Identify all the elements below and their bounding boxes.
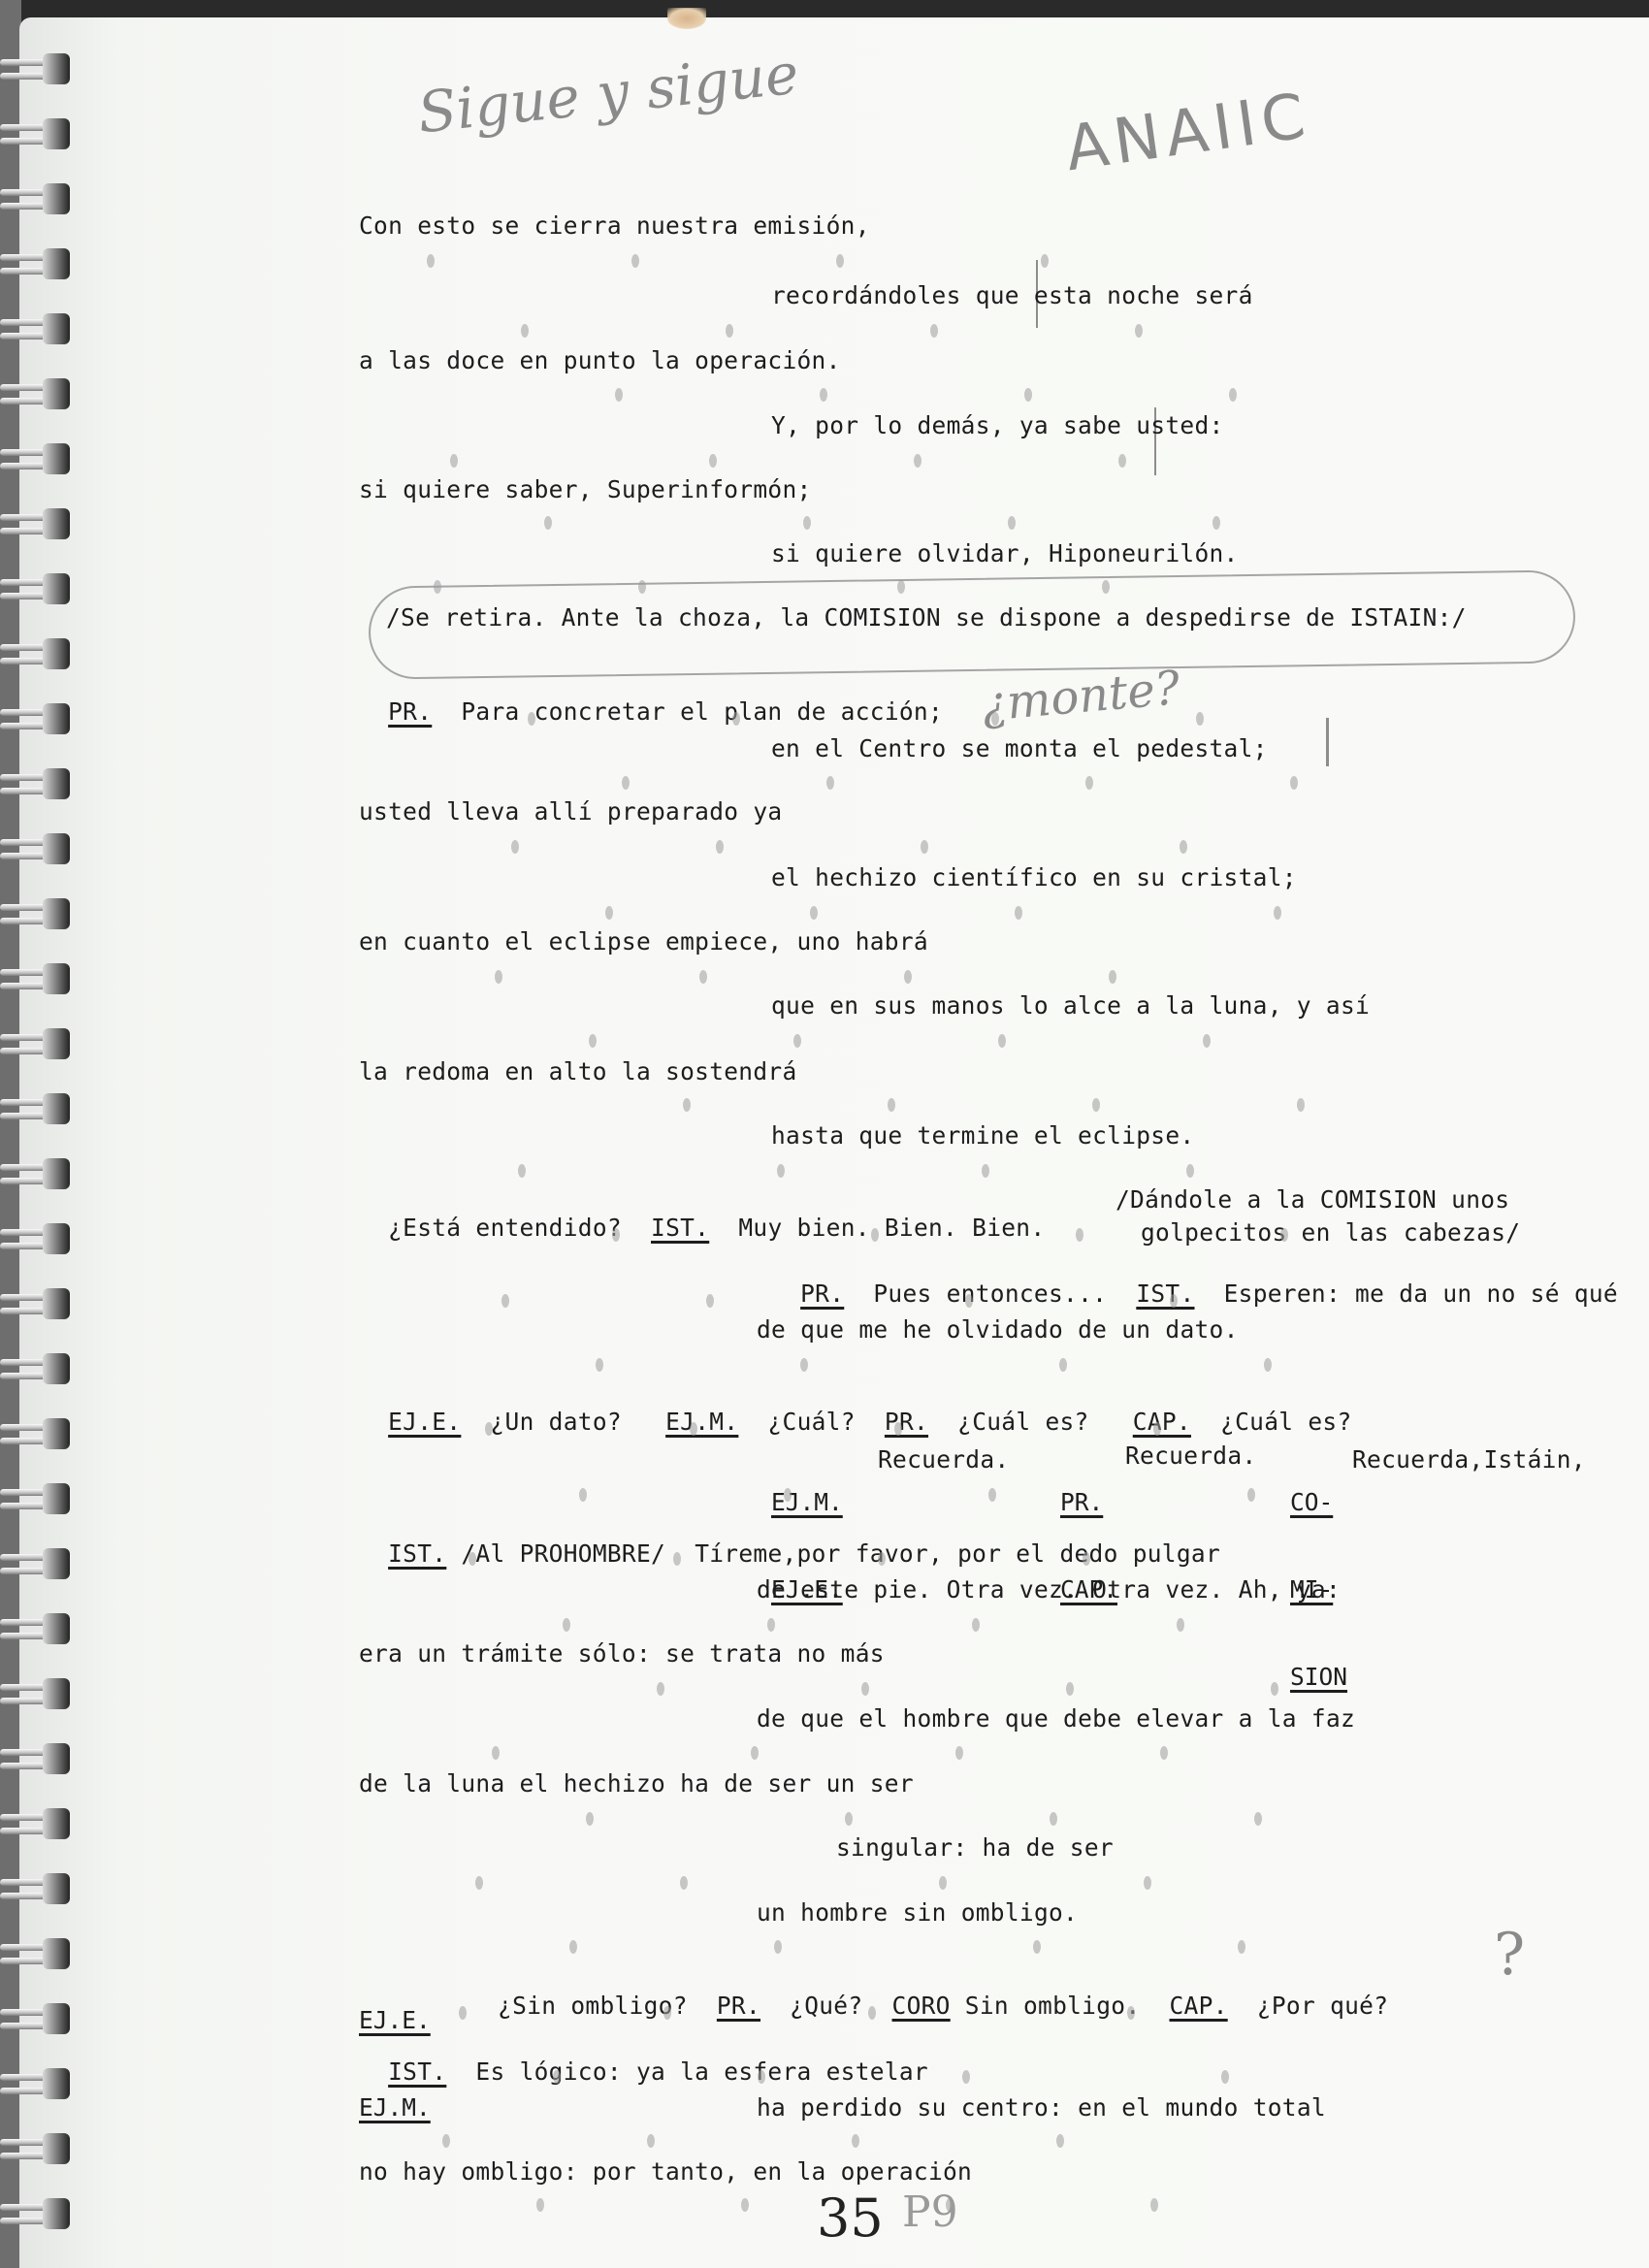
- smudge-mark: [836, 254, 844, 268]
- script-line: recordándoles que esta noche será: [771, 281, 1253, 309]
- smudge-mark: [631, 254, 639, 268]
- smudge-mark: [1135, 324, 1143, 338]
- smudge-mark: [726, 324, 733, 338]
- smudge-mark: [442, 2134, 450, 2148]
- smudge-mark: [528, 712, 535, 726]
- spiral-ring: [0, 1743, 70, 1774]
- spiral-ring: [0, 1353, 70, 1384]
- spiral-ring: [0, 508, 70, 539]
- smudge-mark: [427, 254, 435, 268]
- smudge-mark: [709, 454, 717, 468]
- smudge-mark: [622, 776, 630, 790]
- dialogue-text: ¿Por qué?: [1257, 1992, 1388, 2020]
- spiral-ring: [0, 1028, 70, 1059]
- smudge-mark: [732, 712, 740, 726]
- script-line: de la luna el hechizo ha de ser un ser: [359, 1769, 914, 1798]
- smudge-mark: [774, 1940, 782, 1954]
- smudge-mark: [589, 1034, 597, 1048]
- smudge-mark: [647, 2134, 655, 2148]
- spiral-ring: [0, 963, 70, 994]
- smudge-mark: [459, 2006, 467, 2020]
- smudge-mark: [897, 580, 905, 594]
- coffee-stain: [667, 8, 706, 29]
- smudge-mark: [914, 454, 921, 468]
- smudge-mark: [544, 516, 552, 530]
- pencil-mark: [1326, 718, 1329, 766]
- script-line: no hay ombligo: por tanto, en la operaci…: [359, 2157, 972, 2186]
- smudge-mark: [955, 1746, 963, 1760]
- smudge-mark: [965, 1294, 973, 1308]
- smudge-mark: [921, 840, 928, 854]
- smudge-mark: [758, 2070, 765, 2084]
- smudge-mark: [1150, 2198, 1158, 2212]
- smudge-mark: [1180, 840, 1187, 854]
- spiral-ring: [0, 2003, 70, 2034]
- stage-direction: /Dándole a la COMISION unos: [1115, 1185, 1509, 1214]
- smudge-mark: [434, 580, 441, 594]
- script-line: si quiere saber, Superinformón;: [359, 475, 812, 503]
- speaker-tag: EJ.E.: [388, 1408, 461, 1436]
- script-line: EJ.E. ¿Un dato? EJ.M. ¿Cuál? PR. ¿Cuál e…: [359, 1379, 1352, 1436]
- script-line: la redoma en alto la sostendrá: [359, 1057, 797, 1085]
- smudge-mark: [871, 1228, 879, 1242]
- smudge-mark: [553, 2070, 561, 2084]
- handwritten-bottom-mark: P9: [902, 2187, 958, 2237]
- spiral-ring: [0, 2133, 70, 2164]
- smudge-mark: [1144, 1876, 1151, 1890]
- smudge-mark: [1274, 906, 1281, 920]
- smudge-mark: [706, 1294, 714, 1308]
- spiral-ring: [0, 1938, 70, 1969]
- smudge-mark: [1041, 254, 1049, 268]
- spiral-ring: [0, 573, 70, 604]
- spiral-ring: [0, 1613, 70, 1644]
- smudge-mark: [612, 1228, 620, 1242]
- smudge-mark: [605, 906, 613, 920]
- spiral-ring: [0, 1223, 70, 1254]
- smudge-mark: [1160, 1746, 1168, 1760]
- speaker-tag: PR.: [717, 1992, 760, 2020]
- speaker-tag: EJ.M.: [359, 2093, 431, 2122]
- smudge-mark: [579, 1488, 587, 1502]
- spiral-ring: [0, 2068, 70, 2099]
- smudge-mark: [845, 1812, 853, 1826]
- smudge-mark: [946, 2198, 954, 2212]
- smudge-mark: [511, 840, 519, 854]
- smudge-mark: [982, 1164, 989, 1178]
- smudge-mark: [680, 1876, 688, 1890]
- spiral-ring: [0, 1288, 70, 1319]
- script-line: ¿Sin ombligo? PR. ¿Qué? CORO Sin ombligo…: [469, 1963, 1388, 2020]
- smudge-mark: [894, 1422, 902, 1436]
- speaker-tag: CAP.: [1170, 1992, 1228, 2020]
- smudge-mark: [1297, 1098, 1305, 1112]
- spiral-ring: [0, 1548, 70, 1579]
- smudge-mark: [563, 1618, 570, 1632]
- dialogue-text: Recuerda.: [1125, 1442, 1256, 1470]
- spiral-ring: [0, 378, 70, 409]
- spiral-ring: [0, 248, 70, 279]
- script-line: en el Centro se monta el pedestal;: [771, 734, 1268, 762]
- speaker-tag: PR.: [800, 1280, 844, 1308]
- smudge-mark: [495, 970, 502, 984]
- speaker-tag: IST.: [388, 1539, 446, 1568]
- smudge-mark: [586, 1812, 594, 1826]
- smudge-mark: [751, 1746, 759, 1760]
- smudge-mark: [1085, 776, 1093, 790]
- smudge-mark: [904, 970, 912, 984]
- speaker-tag: CAP.: [1133, 1408, 1191, 1436]
- script-line: de este pie. Otra vez. Otra vez. Ah, ya:: [757, 1575, 1341, 1604]
- smudge-mark: [673, 1552, 681, 1566]
- dialogue-text: ¿Un dato?: [490, 1408, 621, 1436]
- spiral-ring: [0, 183, 70, 214]
- dialogue-text: Recuerda,Istáin,: [1352, 1445, 1586, 1474]
- smudge-mark: [998, 1034, 1006, 1048]
- script-line: hasta que termine el eclipse.: [771, 1121, 1194, 1150]
- smudge-mark: [1015, 906, 1022, 920]
- spiral-ring: [0, 898, 70, 929]
- smudge-mark: [1024, 388, 1032, 402]
- spiral-ring: [0, 1808, 70, 1839]
- speaker-tag: CO-: [1290, 1488, 1347, 1517]
- smudge-mark: [1050, 1812, 1057, 1826]
- smudge-mark: [536, 2198, 544, 2212]
- smudge-mark: [826, 776, 834, 790]
- smudge-mark: [569, 1940, 577, 1954]
- smudge-mark: [777, 1164, 785, 1178]
- smudge-mark: [784, 1488, 792, 1502]
- dialogue-text: ¿Qué?: [790, 1992, 862, 2020]
- smudge-mark: [518, 1164, 526, 1178]
- spiral-ring: [0, 1678, 70, 1709]
- smudge-mark: [615, 388, 623, 402]
- smudge-mark: [1203, 1034, 1211, 1048]
- spiral-ring: [0, 1483, 70, 1514]
- smudge-mark: [485, 1422, 493, 1436]
- stage-direction: /Al PROHOMBRE/: [461, 1539, 665, 1568]
- smudge-mark: [501, 1294, 509, 1308]
- smudge-mark: [1092, 1098, 1100, 1112]
- smudge-mark: [1127, 2006, 1135, 2020]
- smudge-mark: [888, 1098, 895, 1112]
- speaker-tag: IST.: [1136, 1280, 1194, 1308]
- script-line: ¿Está entendido? IST. Muy bien. Bien. Bi…: [359, 1185, 1045, 1242]
- smudge-mark: [1271, 1682, 1278, 1696]
- smudge-mark: [638, 580, 646, 594]
- smudge-mark: [1264, 1358, 1272, 1372]
- script-line: PR. Para concretar el plan de acción;: [359, 669, 943, 726]
- smudge-mark: [1229, 388, 1237, 402]
- smudge-mark: [450, 454, 458, 468]
- smudge-mark: [741, 2198, 749, 2212]
- script-line: Y, por lo demás, ya sabe usted:: [771, 411, 1224, 439]
- stage-direction: golpecitos en las cabezas/: [1141, 1218, 1520, 1247]
- smudge-mark: [596, 1358, 603, 1372]
- spiral-ring: [0, 53, 70, 84]
- script-line: si quiere olvidar, Hiponeurilón.: [771, 539, 1239, 567]
- script-line: de que el hombre que debe elevar a la fa…: [757, 1704, 1355, 1733]
- script-line: que en sus manos lo alce a la luna, y as…: [771, 991, 1370, 1020]
- smudge-mark: [657, 1682, 664, 1696]
- spiral-ring: [0, 1158, 70, 1189]
- script-line: un hombre sin ombligo.: [757, 1898, 1078, 1927]
- speaker-tag: EJ.M.: [665, 1408, 738, 1436]
- smudge-mark: [991, 712, 999, 726]
- dialogue-text: Es lógico: ya la esfera estelar: [475, 2057, 928, 2086]
- smudge-mark: [716, 840, 724, 854]
- smudge-mark: [930, 324, 938, 338]
- smudge-mark: [1153, 1422, 1161, 1436]
- smudge-mark: [475, 1876, 483, 1890]
- smudge-mark: [1238, 1940, 1245, 1954]
- script-line: singular: ha de ser: [836, 1833, 1114, 1862]
- smudge-mark: [820, 388, 827, 402]
- smudge-mark: [469, 1552, 476, 1566]
- smudge-mark: [1212, 516, 1220, 530]
- script-line: el hechizo científico en su cristal;: [771, 863, 1297, 891]
- speaker-tag: CORO: [892, 1992, 951, 2020]
- smudge-mark: [1059, 1358, 1067, 1372]
- script-line: de que me he olvidado de un dato.: [757, 1315, 1239, 1344]
- smudge-mark: [492, 1746, 500, 1760]
- smudge-mark: [699, 970, 707, 984]
- handwritten-question-mark: ?: [1494, 1921, 1525, 1989]
- smudge-mark: [1033, 1940, 1041, 1954]
- script-line: era un trámite sólo: se trata no más: [359, 1639, 885, 1668]
- dialogue-text: Tíreme,por favor, por el dedo pulgar: [695, 1539, 1220, 1568]
- dialogue-text: Muy bien. Bien. Bien.: [738, 1214, 1045, 1242]
- smudge-mark: [962, 2070, 970, 2084]
- spiral-ring: [0, 1418, 70, 1449]
- spiral-ring: [0, 118, 70, 149]
- dialogue-text: Recuerda.: [878, 1445, 1009, 1474]
- smudge-mark: [1076, 1228, 1083, 1242]
- spiral-ring: [0, 703, 70, 734]
- script-line: IST. /Al PROHOMBRE/ Tíreme,por favor, po…: [359, 1511, 1220, 1568]
- smudge-mark: [793, 1034, 801, 1048]
- stage-direction: /Se retira. Ante la choza, la COMISION s…: [386, 603, 1467, 632]
- script-line: IST. Es lógico: ya la esfera estelar: [359, 2029, 928, 2086]
- smudge-mark: [1177, 1618, 1184, 1632]
- spiral-ring: [0, 2198, 70, 2229]
- page-number: 35: [817, 2187, 884, 2249]
- speaker-tag: PR.: [388, 697, 432, 726]
- speaker-tag: IST.: [388, 2057, 446, 2086]
- spiral-ring: [0, 1873, 70, 1904]
- smudge-mark: [1280, 1228, 1288, 1242]
- spiral-ring: [0, 1093, 70, 1124]
- script-line: ha perdido su centro: en el mundo total: [757, 2093, 1326, 2122]
- spiral-ring: [0, 443, 70, 474]
- script-line: en cuanto el eclipse empiece, uno habrá: [359, 927, 928, 956]
- script-line: a las doce en punto la operación.: [359, 346, 841, 374]
- dialogue-text: Sin ombligo.: [965, 1992, 1141, 2020]
- smudge-mark: [803, 516, 811, 530]
- smudge-mark: [1254, 1812, 1262, 1826]
- smudge-mark: [690, 1422, 697, 1436]
- smudge-mark: [852, 2134, 859, 2148]
- smudge-mark: [1066, 1682, 1074, 1696]
- smudge-mark: [1290, 776, 1298, 790]
- spiral-ring: [0, 768, 70, 799]
- smudge-mark: [1170, 1294, 1178, 1308]
- dialogue-text: Pues entonces...: [873, 1280, 1107, 1308]
- smudge-mark: [972, 1618, 980, 1632]
- smudge-mark: [1186, 1164, 1194, 1178]
- smudge-mark: [1109, 970, 1116, 984]
- smudge-mark: [939, 1876, 947, 1890]
- smudge-mark: [767, 1618, 775, 1632]
- dialogue-text: ¿Está entendido?: [388, 1214, 622, 1242]
- smudge-mark: [878, 1552, 886, 1566]
- smudge-mark: [868, 2006, 876, 2020]
- smudge-mark: [810, 906, 818, 920]
- spiral-ring: [0, 833, 70, 864]
- smudge-mark: [800, 1358, 808, 1372]
- spiral-ring: [0, 638, 70, 669]
- smudge-mark: [988, 1488, 996, 1502]
- script-line: PR. Pues entonces... IST. Esperen: me da…: [771, 1251, 1618, 1308]
- smudge-mark: [1221, 2070, 1229, 2084]
- dialogue-text: ¿Sin ombligo?: [498, 1992, 688, 2020]
- smudge-mark: [1102, 580, 1110, 594]
- smudge-mark: [1008, 516, 1016, 530]
- script-line: usted lleva allí preparado ya: [359, 797, 782, 826]
- speaker-tag: SION: [1290, 1663, 1347, 1692]
- smudge-mark: [683, 1098, 691, 1112]
- smudge-mark: [1196, 712, 1204, 726]
- smudge-mark: [521, 324, 529, 338]
- speaker-tag: IST.: [651, 1214, 709, 1242]
- smudge-mark: [1118, 454, 1126, 468]
- smudge-mark: [1247, 1488, 1255, 1502]
- script-line: Con esto se cierra nuestra emisión,: [359, 211, 870, 240]
- dialogue-text: Esperen: me da un no sé qué: [1224, 1280, 1618, 1308]
- smudge-mark: [1083, 1552, 1090, 1566]
- smudge-mark: [1056, 2134, 1064, 2148]
- smudge-mark: [861, 1682, 869, 1696]
- speaker-tag: PR.: [885, 1408, 928, 1436]
- smudge-mark: [663, 2006, 671, 2020]
- spiral-ring: [0, 313, 70, 344]
